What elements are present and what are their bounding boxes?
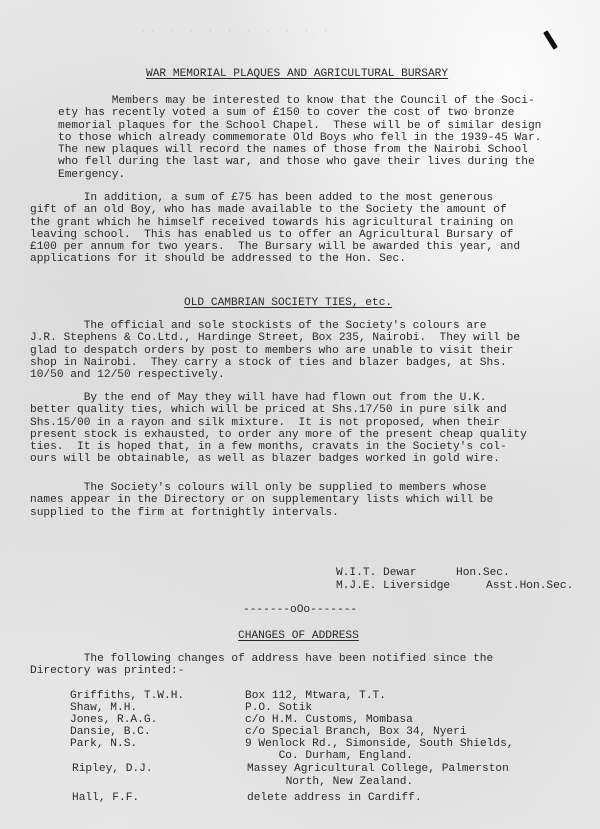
text-line: names appear in the Directory or on supp… bbox=[30, 494, 570, 506]
text-line: 10/50 and 12/50 respectively. bbox=[30, 369, 570, 381]
section-heading-ties: OLD CAMBRIAN SOCIETY TIES, etc. bbox=[184, 297, 392, 310]
text-line: ety has recently voted a sum of £150 to … bbox=[58, 107, 598, 119]
address-entry-address: P.O. Sotik bbox=[245, 702, 312, 714]
address-entry-address: delete address in Cardiff. bbox=[247, 792, 422, 804]
text-line: Members may be interested to know that t… bbox=[58, 95, 598, 107]
text-line: Directory was printed:- bbox=[30, 665, 570, 677]
address-entry-address: c/o Special Branch, Box 34, Nyeri bbox=[245, 726, 467, 738]
signatory-name: W.I.T. Dewar bbox=[336, 567, 417, 579]
text-line: gift of an old Boy, who has made availab… bbox=[30, 204, 570, 216]
text-line: applications for it should be addressed … bbox=[30, 253, 570, 265]
text-line: shop in Nairobi. They carry a stock of t… bbox=[30, 357, 570, 369]
address-entry-name: Park, N.S. bbox=[70, 738, 137, 750]
paragraph-plaques: Members may be interested to know that t… bbox=[58, 95, 598, 181]
address-entry-name: Jones, R.A.G. bbox=[70, 714, 157, 726]
text-line: leaving school. This has enabled us to o… bbox=[30, 229, 570, 241]
text-line: J.R. Stephens & Co.Ltd., Hardinge Street… bbox=[30, 332, 570, 344]
text-line: the grant which he himself received towa… bbox=[30, 217, 570, 229]
section-heading-changes-of-address: CHANGES OF ADDRESS bbox=[238, 630, 359, 643]
address-entry-address: c/o H.M. Customs, Mombasa bbox=[245, 714, 413, 726]
address-entry-address-continued: North, New Zealand. bbox=[252, 776, 413, 788]
paragraph-address-intro: The following changes of address have be… bbox=[30, 653, 570, 678]
text-line: £100 per annum for two years. The Bursar… bbox=[30, 241, 570, 253]
text-line: Emergency. bbox=[58, 169, 598, 181]
text-line: Shs.15/00 in a rayon and silk mixture. I… bbox=[30, 417, 570, 429]
text-line: supplied to the firm at fortnightly inte… bbox=[30, 507, 570, 519]
address-entry-name: Ripley, D.J. bbox=[72, 763, 153, 775]
paragraph-bursary: In addition, a sum of £75 has been added… bbox=[30, 192, 570, 266]
address-entry-address: Massey Agricultural College, Palmerston bbox=[247, 763, 509, 775]
section-separator: -------oOo------- bbox=[243, 604, 357, 616]
signatory-title: Hon.Sec. bbox=[456, 567, 510, 579]
text-line: ties. It is hoped that, in a few months,… bbox=[30, 441, 570, 453]
text-line: The following changes of address have be… bbox=[30, 653, 570, 665]
text-line: glad to despatch orders by post to membe… bbox=[30, 345, 570, 357]
paragraph-stockists: The official and sole stockists of the S… bbox=[30, 320, 570, 381]
address-entry-address: 9 Wenlock Rd., Simonside, South Shields, bbox=[245, 738, 514, 750]
address-entry-name: Dansie, B.C. bbox=[70, 726, 151, 738]
text-line: The official and sole stockists of the S… bbox=[30, 320, 570, 332]
text-line: present stock is exhausted, to order any… bbox=[30, 429, 570, 441]
text-line: By the end of May they will have had flo… bbox=[30, 392, 570, 404]
text-line: better quality ties, which will be price… bbox=[30, 404, 570, 416]
signatory-title: Asst.Hon.Sec. bbox=[486, 580, 573, 592]
address-entry-name: Hall, F.F. bbox=[72, 792, 139, 804]
paragraph-colours-supply: The Society's colours will only be suppl… bbox=[30, 482, 570, 519]
text-line: who fell during the last war, and those … bbox=[58, 156, 598, 168]
address-entry-address-continued: Co. Durham, England. bbox=[245, 750, 413, 762]
address-entry-address: Box 112, Mtwara, T.T. bbox=[245, 690, 386, 702]
address-entry-name: Griffiths, T.W.H. bbox=[70, 690, 184, 702]
text-line: In addition, a sum of £75 has been added… bbox=[30, 192, 570, 204]
bleed-through-text: ·· · · · · · · · · · bbox=[140, 26, 332, 38]
text-line: The new plaques will record the names of… bbox=[58, 144, 598, 156]
text-line: to those which already commemorate Old B… bbox=[58, 132, 598, 144]
address-entry-name: Shaw, M.H. bbox=[70, 702, 137, 714]
signatory-name: M.J.E. Liversidge bbox=[336, 580, 450, 592]
text-line: memorial plaques for the School Chapel. … bbox=[58, 120, 598, 132]
text-line: ours will be obtainable, as well as blaz… bbox=[30, 453, 570, 465]
section-heading-war-memorial: WAR MEMORIAL PLAQUES AND AGRICULTURAL BU… bbox=[146, 68, 448, 81]
paragraph-new-ties: By the end of May they will have had flo… bbox=[30, 392, 570, 466]
text-line: The Society's colours will only be suppl… bbox=[30, 482, 570, 494]
